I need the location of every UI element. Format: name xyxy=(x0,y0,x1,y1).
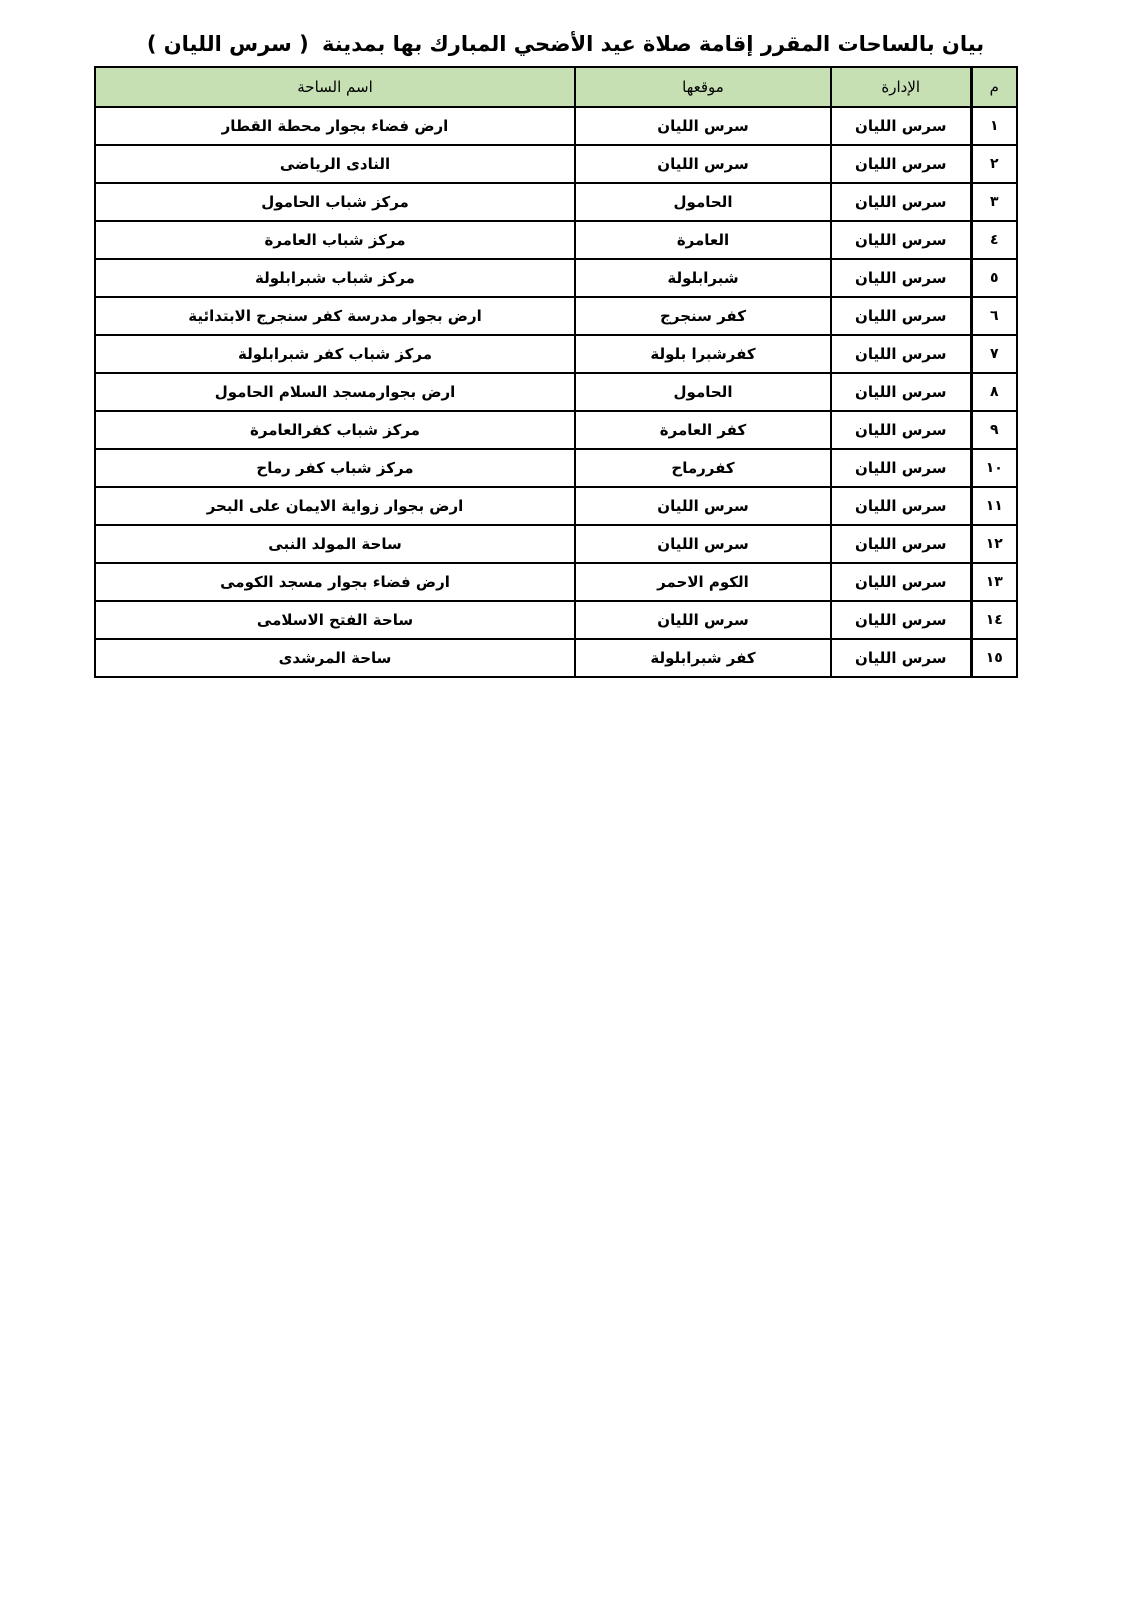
table-row: ٧سرس الليانكفرشبرا بلولةمركز شباب كفر شب… xyxy=(95,335,1017,373)
prayer-sites-table: م الإدارة موقعها اسم الساحة ١سرس الليانس… xyxy=(94,66,1018,678)
table-header-row: م الإدارة موقعها اسم الساحة xyxy=(95,67,1017,107)
cell-admin: سرس الليان xyxy=(831,221,971,259)
cell-num: ٨ xyxy=(971,373,1017,411)
table-row: ٦سرس الليانكفر سنجرجارض بجوار مدرسة كفر … xyxy=(95,297,1017,335)
cell-admin: سرس الليان xyxy=(831,525,971,563)
cell-location: العامرة xyxy=(575,221,831,259)
cell-admin: سرس الليان xyxy=(831,449,971,487)
cell-name: ارض بجوار مدرسة كفر سنجرج الابتدائية xyxy=(95,297,575,335)
header-admin: الإدارة xyxy=(831,67,971,107)
title-city: ( سرس الليان ) xyxy=(147,32,309,56)
cell-name: مركز شباب كفر شبرابلولة xyxy=(95,335,575,373)
header-num: م xyxy=(971,67,1017,107)
cell-admin: سرس الليان xyxy=(831,373,971,411)
header-name: اسم الساحة xyxy=(95,67,575,107)
cell-location: سرس الليان xyxy=(575,601,831,639)
cell-location: كفرشبرا بلولة xyxy=(575,335,831,373)
table-row: ١٠سرس الليانكفررماحمركز شباب كفر رماح xyxy=(95,449,1017,487)
cell-name: ارض بجوارمسجد السلام الحامول xyxy=(95,373,575,411)
cell-num: ١١ xyxy=(971,487,1017,525)
cell-num: ١٣ xyxy=(971,563,1017,601)
cell-admin: سرس الليان xyxy=(831,563,971,601)
cell-name: مركز شباب كفر رماح xyxy=(95,449,575,487)
cell-admin: سرس الليان xyxy=(831,297,971,335)
cell-location: كفر سنجرج xyxy=(575,297,831,335)
cell-num: ٩ xyxy=(971,411,1017,449)
table-row: ١سرس الليانسرس الليانارض فضاء بجوار محطة… xyxy=(95,107,1017,145)
cell-name: ساحة المرشدى xyxy=(95,639,575,677)
cell-name: النادى الرياضى xyxy=(95,145,575,183)
cell-admin: سرس الليان xyxy=(831,411,971,449)
table-row: ١١سرس الليانسرس الليانارض بجوار زواية ال… xyxy=(95,487,1017,525)
cell-name: مركز شباب شبرابلولة xyxy=(95,259,575,297)
cell-location: كفر العامرة xyxy=(575,411,831,449)
cell-location: الكوم الاحمر xyxy=(575,563,831,601)
cell-location: الحامول xyxy=(575,183,831,221)
cell-admin: سرس الليان xyxy=(831,601,971,639)
cell-num: ٥ xyxy=(971,259,1017,297)
table-row: ٩سرس الليانكفر العامرةمركز شباب كفرالعام… xyxy=(95,411,1017,449)
cell-num: ١ xyxy=(971,107,1017,145)
header-location: موقعها xyxy=(575,67,831,107)
cell-location: سرس الليان xyxy=(575,525,831,563)
table-row: ٨سرس الليانالحامولارض بجوارمسجد السلام ا… xyxy=(95,373,1017,411)
cell-admin: سرس الليان xyxy=(831,259,971,297)
table-row: ٥سرس الليانشبرابلولةمركز شباب شبرابلولة xyxy=(95,259,1017,297)
cell-admin: سرس الليان xyxy=(831,183,971,221)
cell-location: كفر شبرابلولة xyxy=(575,639,831,677)
cell-name: مركز شباب الحامول xyxy=(95,183,575,221)
cell-location: الحامول xyxy=(575,373,831,411)
table-row: ١٣سرس الليانالكوم الاحمرارض فضاء بجوار م… xyxy=(95,563,1017,601)
document-title: بيان بالساحات المقرر إقامة صلاة عيد الأض… xyxy=(0,28,1131,60)
cell-name: مركز شباب كفرالعامرة xyxy=(95,411,575,449)
cell-name: ساحة المولد النبى xyxy=(95,525,575,563)
cell-num: ٣ xyxy=(971,183,1017,221)
cell-location: كفررماح xyxy=(575,449,831,487)
table-row: ٤سرس الليانالعامرةمركز شباب العامرة xyxy=(95,221,1017,259)
cell-admin: سرس الليان xyxy=(831,639,971,677)
cell-location: شبرابلولة xyxy=(575,259,831,297)
cell-name: ارض فضاء بجوار مسجد الكومى xyxy=(95,563,575,601)
title-text: بيان بالساحات المقرر إقامة صلاة عيد الأض… xyxy=(322,32,984,56)
cell-admin: سرس الليان xyxy=(831,487,971,525)
cell-num: ٢ xyxy=(971,145,1017,183)
table-row: ١٥سرس الليانكفر شبرابلولةساحة المرشدى xyxy=(95,639,1017,677)
table-row: ٣سرس الليانالحامولمركز شباب الحامول xyxy=(95,183,1017,221)
table-row: ١٢سرس الليانسرس الليانساحة المولد النبى xyxy=(95,525,1017,563)
cell-name: ساحة الفتح الاسلامى xyxy=(95,601,575,639)
cell-num: ١٤ xyxy=(971,601,1017,639)
cell-location: سرس الليان xyxy=(575,145,831,183)
cell-location: سرس الليان xyxy=(575,107,831,145)
cell-admin: سرس الليان xyxy=(831,107,971,145)
cell-num: ٤ xyxy=(971,221,1017,259)
cell-location: سرس الليان xyxy=(575,487,831,525)
cell-num: ٧ xyxy=(971,335,1017,373)
cell-num: ١٠ xyxy=(971,449,1017,487)
cell-admin: سرس الليان xyxy=(831,145,971,183)
cell-num: ١٢ xyxy=(971,525,1017,563)
cell-name: ارض بجوار زواية الايمان على البحر xyxy=(95,487,575,525)
cell-name: ارض فضاء بجوار محطة القطار xyxy=(95,107,575,145)
cell-admin: سرس الليان xyxy=(831,335,971,373)
table-row: ٢سرس الليانسرس الليانالنادى الرياضى xyxy=(95,145,1017,183)
cell-num: ٦ xyxy=(971,297,1017,335)
cell-name: مركز شباب العامرة xyxy=(95,221,575,259)
cell-num: ١٥ xyxy=(971,639,1017,677)
table-row: ١٤سرس الليانسرس الليانساحة الفتح الاسلام… xyxy=(95,601,1017,639)
